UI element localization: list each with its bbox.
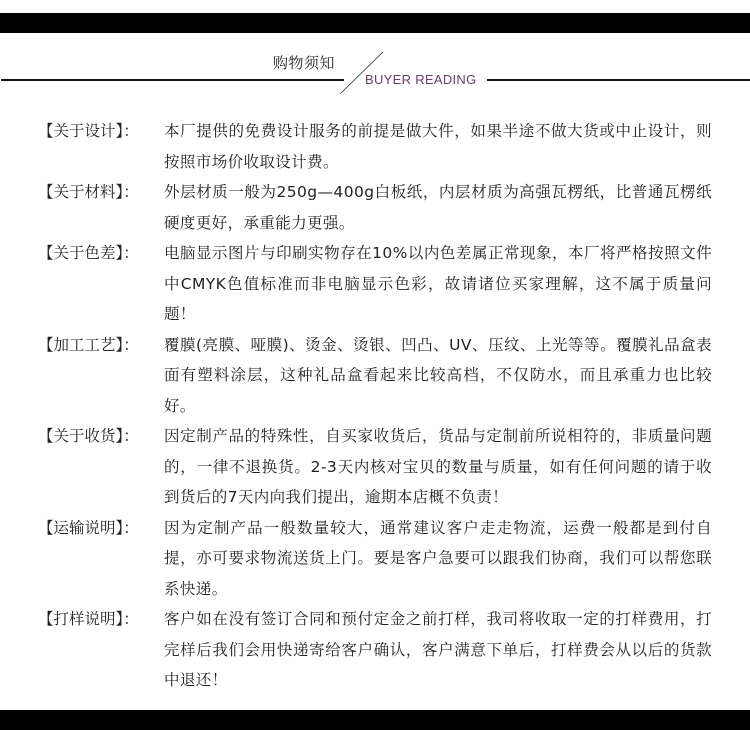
notice-text: 因定制产品的特殊性，自买家收货后，货品与定制前所说相符的，非质量问题的，一律不退…: [164, 421, 712, 513]
section-subtitle: BUYER READING: [365, 72, 477, 87]
notice-item-material: 【关于材料】： 外层材质一般为250g—400g白板纸，内层材质为高强瓦楞纸，比…: [38, 177, 728, 238]
notice-item-processing: 【加工工艺】： 覆膜(亮膜、哑膜)、烫金、烫银、凹凸、UV、压纹、上光等等。覆膜…: [38, 330, 728, 422]
notice-item-sampling: 【打样说明】： 客户如在没有签订合同和预付定金之前打样，我司将收取一定的打样费用…: [38, 604, 728, 696]
notice-text: 因为定制产品一般数量较大，通常建议客户走走物流，运费一般都是到付自提，亦可要求物…: [164, 513, 712, 605]
header-divider-right: [487, 79, 750, 81]
notice-list: 【关于设计】： 本厂提供的免费设计服务的前提是做大件，如果半途不做大货或中止设计…: [38, 116, 728, 696]
notice-item-receiving: 【关于收货】： 因定制产品的特殊性，自买家收货后，货品与定制前所说相符的，非质量…: [38, 421, 728, 513]
header-divider-left: [1, 79, 344, 81]
notice-text: 外层材质一般为250g—400g白板纸，内层材质为高强瓦楞纸，比普通瓦楞纸硬度更…: [164, 177, 712, 238]
notice-item-design: 【关于设计】： 本厂提供的免费设计服务的前提是做大件，如果半途不做大货或中止设计…: [38, 116, 728, 177]
notice-label: 【运输说明】：: [38, 513, 164, 544]
notice-item-color-difference: 【关于色差】： 电脑显示图片与印刷实物存在10%以内色差属正常现象，本厂将严格按…: [38, 238, 728, 330]
notice-label: 【关于设计】：: [38, 116, 164, 147]
notice-label: 【关于收货】：: [38, 421, 164, 452]
notice-text: 覆膜(亮膜、哑膜)、烫金、烫银、凹凸、UV、压纹、上光等等。覆膜礼品盒表面有塑料…: [164, 330, 712, 422]
notice-label: 【打样说明】：: [38, 604, 164, 635]
notice-text: 客户如在没有签订合同和预付定金之前打样，我司将收取一定的打样费用，打完样后我们会…: [164, 604, 712, 696]
notice-item-shipping: 【运输说明】： 因为定制产品一般数量较大，通常建议客户走走物流，运费一般都是到付…: [38, 513, 728, 605]
bottom-black-bar: [0, 710, 750, 730]
notice-label: 【加工工艺】：: [38, 330, 164, 361]
notice-label: 【关于色差】：: [38, 238, 164, 269]
notice-label: 【关于材料】：: [38, 177, 164, 208]
notice-text: 本厂提供的免费设计服务的前提是做大件，如果半途不做大货或中止设计，则按照市场价收…: [164, 116, 712, 177]
notice-text: 电脑显示图片与印刷实物存在10%以内色差属正常现象，本厂将严格按照文件中CMYK…: [164, 238, 712, 330]
top-black-bar: [0, 13, 750, 33]
section-title: 购物须知: [273, 52, 335, 73]
